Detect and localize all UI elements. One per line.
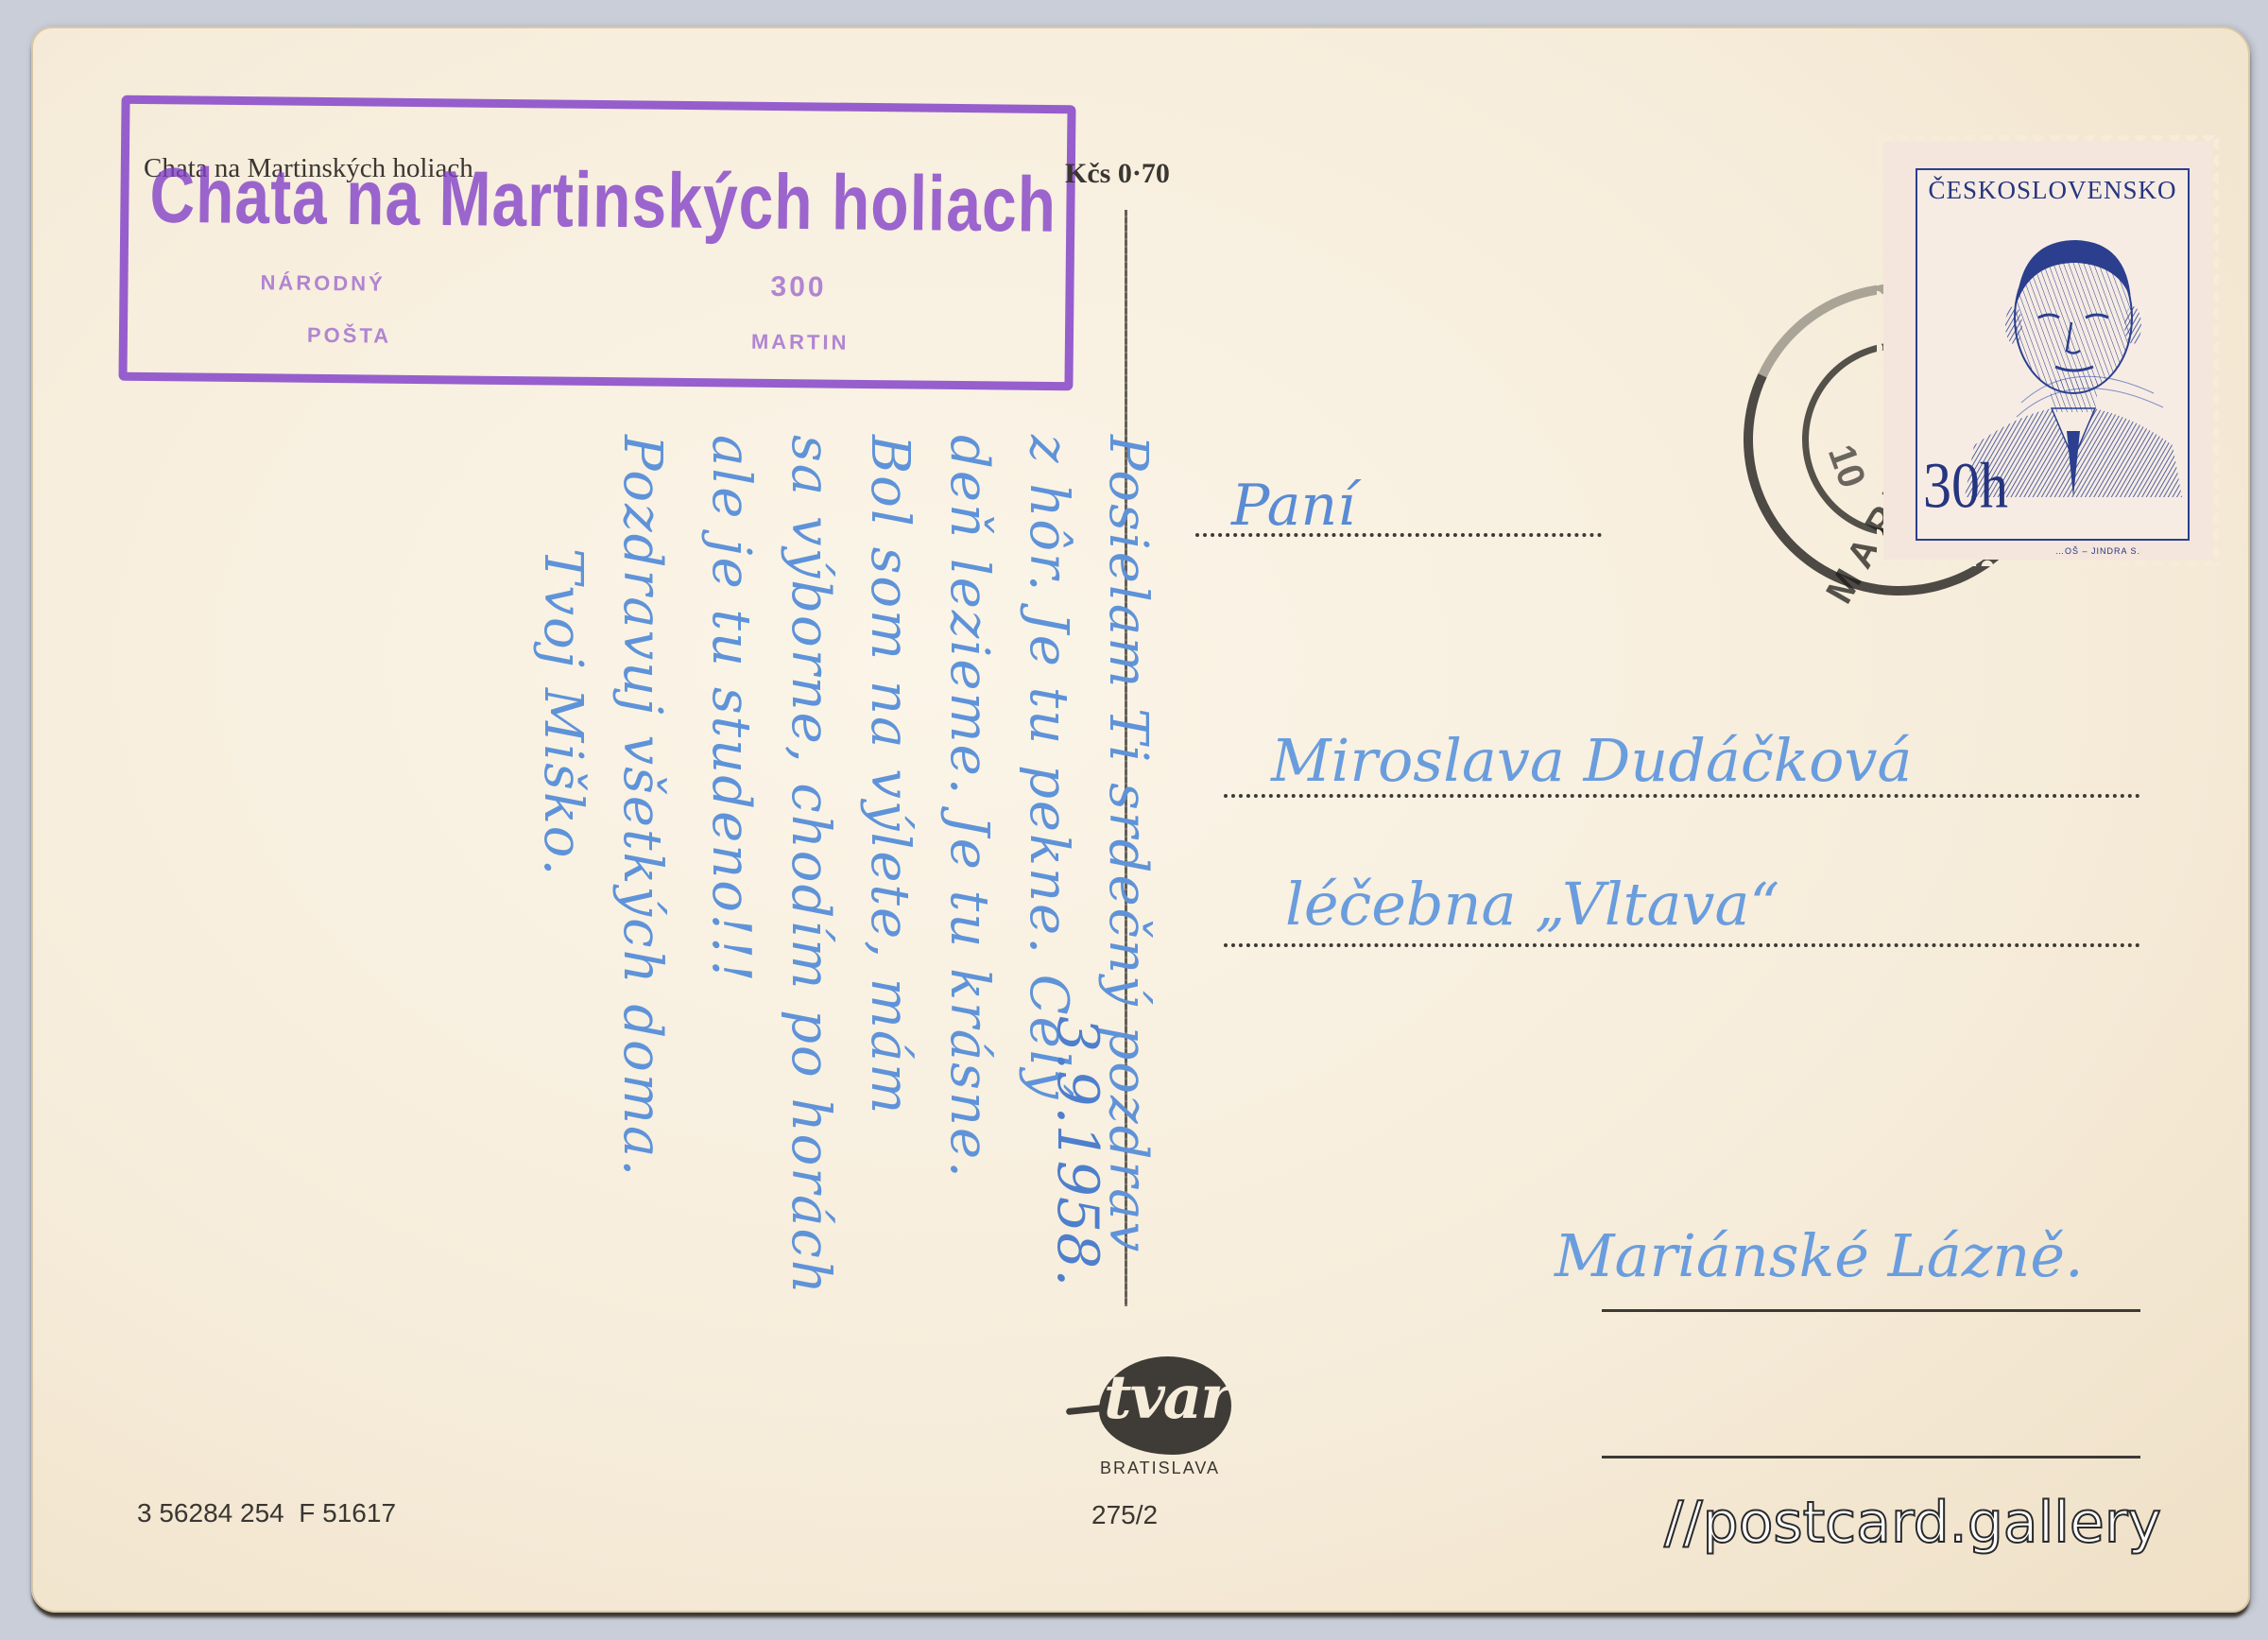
logo-wordmark: tvar (1104, 1362, 1230, 1433)
postage-stamp: ČESKOSLOVENSKO (1883, 142, 2212, 560)
message-line: sa výborne, chodím po horách (770, 435, 850, 1569)
cachet-title: Chata na Martinských holiach (149, 150, 1057, 250)
address-salutation: Paní (1231, 473, 1355, 539)
publisher-logo: tvar BRATISLAVA (1066, 1356, 1236, 1498)
address-line-2-rule (1224, 794, 2140, 798)
postcard-back: Chata na Martinských holiach Chata na Ma… (31, 26, 2250, 1613)
watermark: //postcard.gallery (1664, 1490, 2161, 1556)
address-institution: léčebna „Vltava“ (1285, 870, 1779, 939)
stamp-engraver-credit: …OŠ – JINDRA S. (2055, 546, 2140, 556)
address-town: Mariánské Lázně. (1555, 1221, 2084, 1290)
cachet-stamp: Chata na Martinských holiach NÁRODNÝ 300… (118, 95, 1075, 391)
address-line-5-rule (1602, 1456, 2140, 1459)
publisher-city: BRATISLAVA (1100, 1459, 1220, 1478)
message-line: ale je tu studeno!!! (691, 435, 770, 1569)
address-line-1-rule (1195, 533, 1602, 537)
printed-price: Kčs 0·70 (1065, 158, 1170, 190)
cachet-line-3-right: MARTIN (751, 330, 850, 355)
cachet-line-3-left: POŠTA (307, 323, 391, 349)
message-line: Bol som na výlete, mám (850, 435, 929, 1569)
message-line: deň lezieme. Je tu krásne. (929, 435, 1008, 1569)
handwritten-date: 3.9.1958. (1044, 1016, 1110, 1286)
series-number: 275/2 (1091, 1500, 1158, 1530)
print-code: 3 56284 254 F 51617 (137, 1498, 396, 1528)
message-signature: Tvoj Miško. (523, 435, 602, 1569)
address-name: Miroslava Dudáčková (1271, 726, 1913, 795)
address-line-4-rule (1602, 1309, 2140, 1312)
address-line-3-rule (1224, 943, 2140, 947)
stamp-frame: ČESKOSLOVENSKO (1916, 168, 2190, 541)
stamp-country: ČESKOSLOVENSKO (1917, 176, 2188, 205)
cachet-line-2-left: NÁRODNÝ (260, 270, 385, 296)
message-line: Pozdravuj všetkých doma. (602, 435, 681, 1569)
stamp-value: 30h (1923, 449, 2008, 524)
cachet-line-2-right: 300 (770, 271, 826, 304)
handwritten-message: Posielam Ti srdečný pozdrav z hôr. Je tu… (317, 435, 1167, 1579)
